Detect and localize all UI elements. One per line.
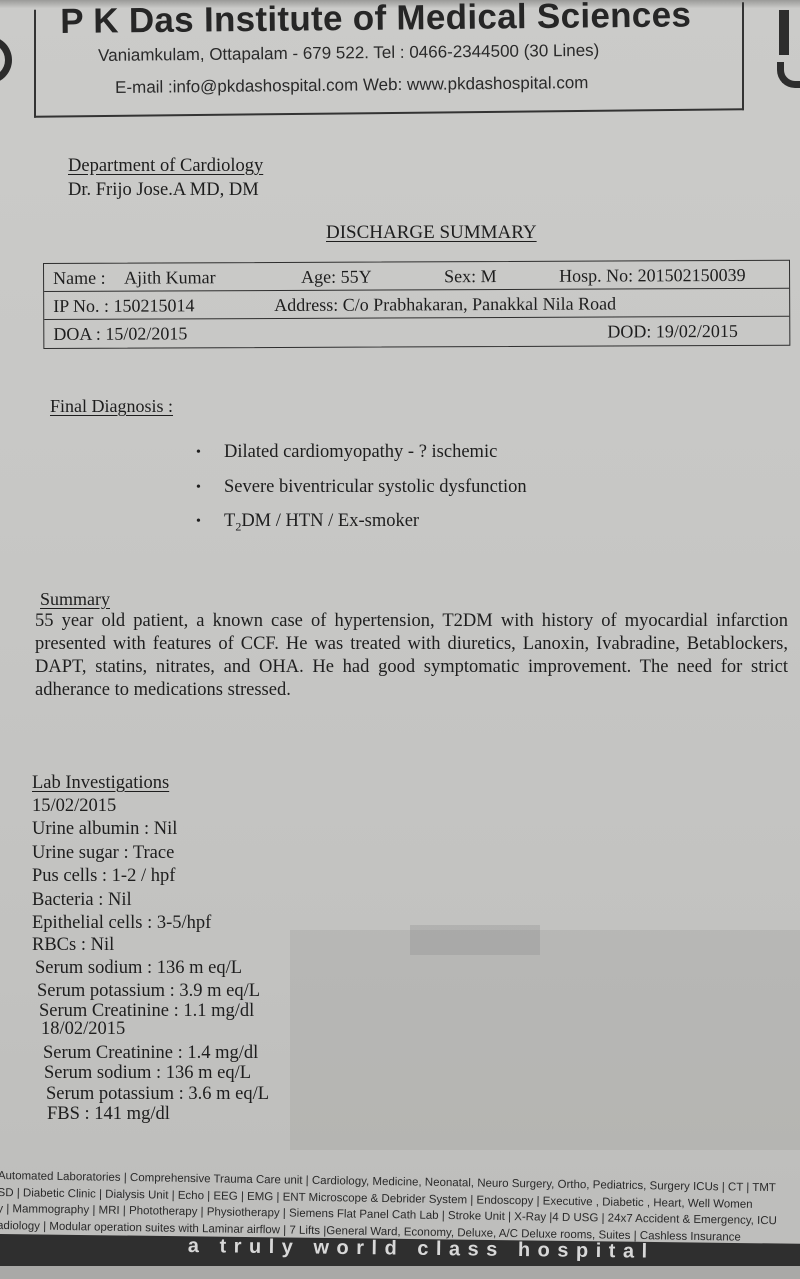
logo-emblem-right-icon — [777, 8, 800, 88]
lab-result-line: Epithelial cells : 3-5/hpf — [32, 913, 211, 934]
patient-address: Address: C/o Prabhakaran, Panakkal Nila … — [274, 293, 616, 315]
lab-result-line: 18/02/2015 — [41, 1019, 125, 1040]
patient-sex: Sex: M — [444, 266, 497, 287]
page-bottom-edge — [0, 1266, 800, 1279]
ip-number: IP No. : 150215014 — [53, 295, 194, 317]
final-diagnosis-heading: Final Diagnosis : — [50, 396, 173, 417]
bullet-icon: • — [196, 514, 224, 530]
summary-text: 55 year old patient, a known case of hyp… — [35, 610, 788, 702]
lab-result-line: 15/02/2015 — [32, 796, 116, 817]
lab-result-line: Serum potassium : 3.6 m eq/L — [46, 1084, 269, 1105]
patient-details-table: Name : Ajith Kumar Age: 55Y Sex: M Hosp.… — [43, 260, 790, 349]
department-name: Department of Cardiology — [68, 156, 263, 177]
lab-result-line: RBCs : Nil — [32, 935, 114, 956]
lab-result-line: Serum sodium : 136 m eq/L — [35, 958, 242, 979]
diagnosis-item: •Severe biventricular systolic dysfuncti… — [196, 477, 527, 498]
hospital-number: Hosp. No: 201502150039 — [559, 265, 746, 287]
patient-row-3: DOA : 15/02/2015 DOD: 19/02/2015 — [44, 317, 789, 348]
diagnosis-item: •Dilated cardiomyopathy - ? ischemic — [196, 442, 497, 463]
doctor-name: Dr. Frijo Jose.A MD, DM — [68, 180, 259, 201]
patient-age: Age: 55Y — [301, 267, 372, 288]
lab-result-line: FBS : 141 mg/dl — [47, 1104, 170, 1125]
logo-emblem-left-icon — [0, 36, 12, 84]
institution-name: P K Das Institute of Medical Sciences — [60, 0, 691, 42]
lab-result-line: Serum Creatinine : 1.4 mg/dl — [43, 1043, 258, 1064]
patient-name: Ajith Kumar — [124, 267, 216, 288]
patient-name-label: Name : — [53, 268, 106, 289]
lab-result-line: Serum potassium : 3.9 m eq/L — [37, 981, 260, 1002]
document-title: DISCHARGE SUMMARY — [326, 222, 537, 244]
bullet-icon: • — [196, 480, 224, 496]
watermark-building-roof — [410, 925, 540, 955]
lab-result-line: Pus cells : 1-2 / hpf — [32, 866, 175, 887]
lab-result-line: Bacteria : Nil — [32, 890, 132, 911]
bullet-icon: • — [196, 445, 224, 461]
date-of-admission: DOA : 15/02/2015 — [53, 323, 187, 345]
lab-investigations-heading: Lab Investigations — [32, 773, 169, 794]
summary-heading: Summary — [40, 589, 110, 610]
diagnosis-item: •T2DM / HTN / Ex-smoker — [196, 511, 419, 535]
lab-result-line: Urine albumin : Nil — [32, 819, 177, 840]
patient-row-2: IP No. : 150215014 Address: C/o Prabhaka… — [44, 289, 789, 320]
lab-result-line: Serum sodium : 136 m eq/L — [44, 1063, 251, 1084]
watermark-building — [290, 930, 800, 1150]
lab-result-line: Urine sugar : Trace — [32, 843, 174, 864]
date-of-discharge: DOD: 19/02/2015 — [607, 321, 738, 343]
patient-row-1: Name : Ajith Kumar Age: 55Y Sex: M Hosp.… — [44, 261, 789, 292]
